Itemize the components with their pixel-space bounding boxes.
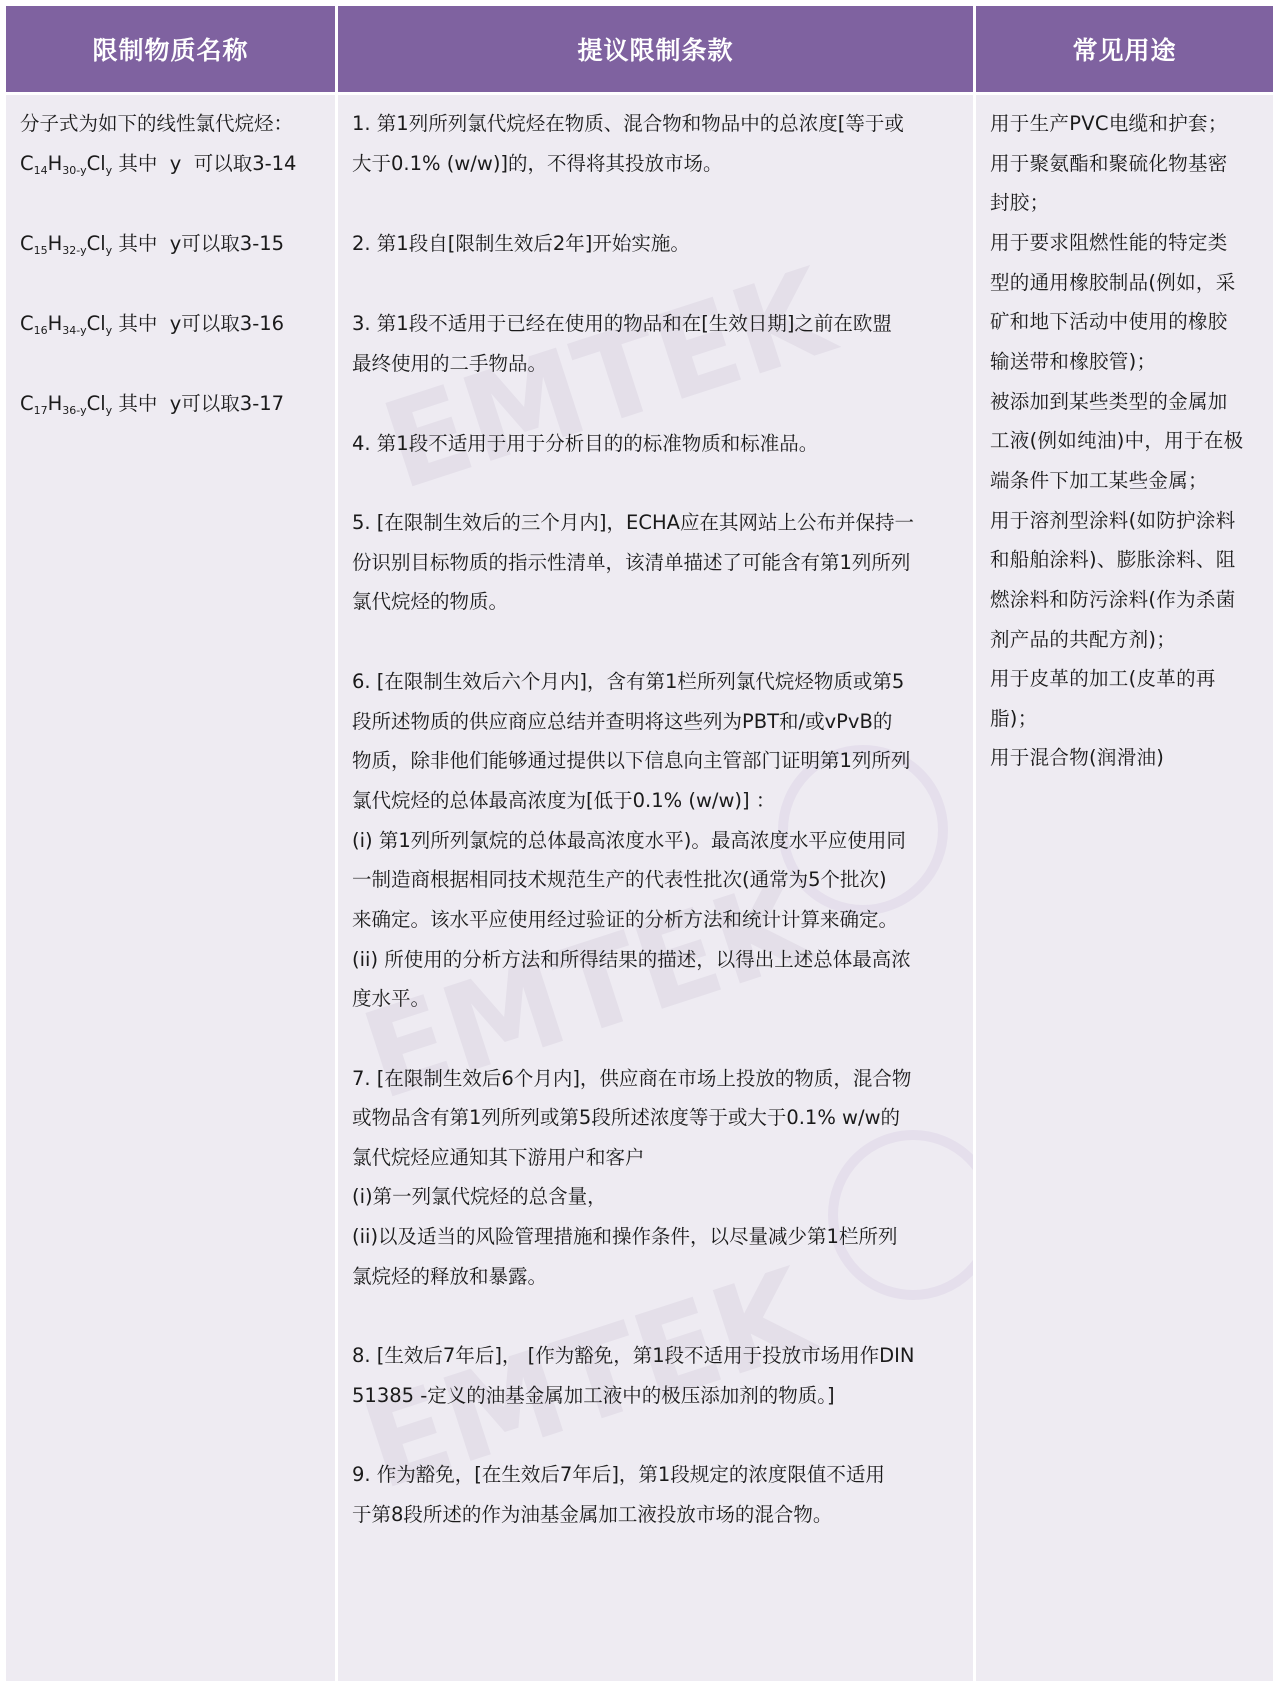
use-line: 剂产品的共配方剂)； [990,620,1176,660]
clause-7-line: (ii)以及适当的风险管理措施和操作条件，以尽量减少第1栏所列 [352,1217,897,1257]
clause-1-line: 大于0.1% (w/w)]的，不得将其投放市场。 [352,144,723,184]
clause-5-line: 氯代烷烃的物质。 [352,582,508,622]
use-line: 封胶； [990,183,1049,223]
clause-3-line: 3. 第1段不适用于已经在使用的物品和在[生效日期]之前在欧盟 [352,304,892,344]
use-line: 型的通用橡胶制品(例如，采 [990,263,1236,303]
clause-1-line: 1. 第1列所列氯代烷烃在物质、混合物和物品中的总浓度[等于或 [352,104,904,144]
clause-5-line: 份识别目标物质的指示性清单，该清单描述了可能含有第1列所列 [352,543,910,583]
clause-6-line: (i) 第1列所列氯烷的总体最高浓度水平)。最高浓度水平应使用同 [352,821,906,861]
clause-7-line: 或物品含有第1列所列或第5段所述浓度等于或大于0.1% w/w的 [352,1098,900,1138]
clause-9-line: 9. 作为豁免，[在生效后7年后]，第1段规定的浓度限值不适用 [352,1455,885,1495]
header-common-uses: 常见用途 [976,6,1273,92]
formula-c15: C15H32-yCly 其中 y可以取3-15 [20,224,284,264]
use-line: 用于混合物(润滑油) [990,738,1164,778]
clause-6-line: 来确定。该水平应使用经过验证的分析方法和统计计算来确定。 [352,900,898,940]
clause-6-line: 段所述物质的供应商应总结并查明将这些列为PBT和/或vPvB的 [352,702,892,742]
clause-6-line: 氯代烷烃的总体最高浓度为[低于0.1% (w/w)] ： [352,781,775,821]
clause-6-line: 物质，除非他们能够通过提供以下信息向主管部门证明第1列所列 [352,741,910,781]
clause-7-line: 氯代烷烃应通知其下游用户和客户 [352,1138,645,1178]
clause-6-line: (ii) 所使用的分析方法和所得结果的描述，以得出上述总体最高浓 [352,940,911,980]
clause-5-line: 5. [在限制生效后的三个月内]，ECHA应在其网站上公布并保持一 [352,503,914,543]
formula-c16: C16H34-yCly 其中 y可以取3-16 [20,304,284,344]
header-substance-name: 限制物质名称 [6,6,335,92]
clause-6-line: 一制造商根据相同技术规范生产的代表性批次(通常为5个批次) [352,860,887,900]
use-line: 用于要求阻燃性能的特定类 [990,223,1228,263]
use-line: 用于生产PVC电缆和护套； [990,104,1228,144]
clause-6-line: 度水平。 [352,979,430,1019]
clause-9-line: 于第8段所述的作为油基金属加工液投放市场的混合物。 [352,1495,832,1535]
clause-8-line: 51385 -定义的油基金属加工液中的极压添加剂的物质。] [352,1376,835,1416]
clause-7-line: 氯烷烃的释放和暴露。 [352,1257,547,1297]
use-line: 工液(例如纯油)中，用于在极 [990,421,1243,461]
use-line: 和船舶涂料)、膨胀涂料、阻 [990,540,1236,580]
clause-7-line: (i)第一列氯代烷烃的总含量， [352,1177,607,1217]
formula-c14: C14H30-yCly 其中 y 可以取3-14 [20,144,296,184]
substance-cell: 分子式为如下的线性氯代烷烃： C14H30-yCly 其中 y 可以取3-14 … [6,95,335,1681]
clause-8-line: 8. [生效后7年后]， [作为豁免，第1段不适用于投放市场用作DIN [352,1336,915,1376]
use-line: 燃涂料和防污涂料(作为杀菌 [990,580,1236,620]
use-line: 用于聚氨酯和聚硫化物基密 [990,144,1228,184]
clause-4-line: 4. 第1段不适用于用于分析目的的标准物质和标准品。 [352,424,818,464]
use-line: 被添加到某些类型的金属加 [990,382,1228,422]
use-line: 用于溶剂型涂料(如防护涂料 [990,501,1236,541]
clause-7-line: 7. [在限制生效后6个月内]，供应商在市场上投放的物质，混合物 [352,1059,911,1099]
clause-3-line: 最终使用的二手物品。 [352,344,547,384]
clauses-cell: EMTEK EMTEK EMTEK 1. 第1列所列氯代烷烃在物质、混合物和物品… [338,95,973,1681]
formula-c17: C17H36-yCly 其中 y可以取3-17 [20,384,284,424]
clause-2-line: 2. 第1段自[限制生效后2年]开始实施。 [352,224,690,264]
header-proposed-clauses: 提议限制条款 [338,6,973,92]
substance-intro: 分子式为如下的线性氯代烷烃： [20,104,293,144]
watermark-logo-icon [828,1130,973,1300]
uses-cell: 用于生产PVC电缆和护套； 用于聚氨酯和聚硫化物基密 封胶； 用于要求阻燃性能的… [976,95,1273,1681]
use-line: 脂)； [990,699,1038,739]
use-line: 端条件下加工某些金属； [990,461,1208,501]
use-line: 矿和地下活动中使用的橡胶 [990,302,1228,342]
use-line: 输送带和橡胶管)； [990,342,1156,382]
use-line: 用于皮革的加工(皮革的再 [990,659,1216,699]
restriction-table: 限制物质名称 提议限制条款 常见用途 分子式为如下的线性氯代烷烃： C14H30… [6,6,1273,1681]
clause-6-line: 6. [在限制生效后六个月内]，含有第1栏所列氯代烷烃物质或第5 [352,662,904,702]
